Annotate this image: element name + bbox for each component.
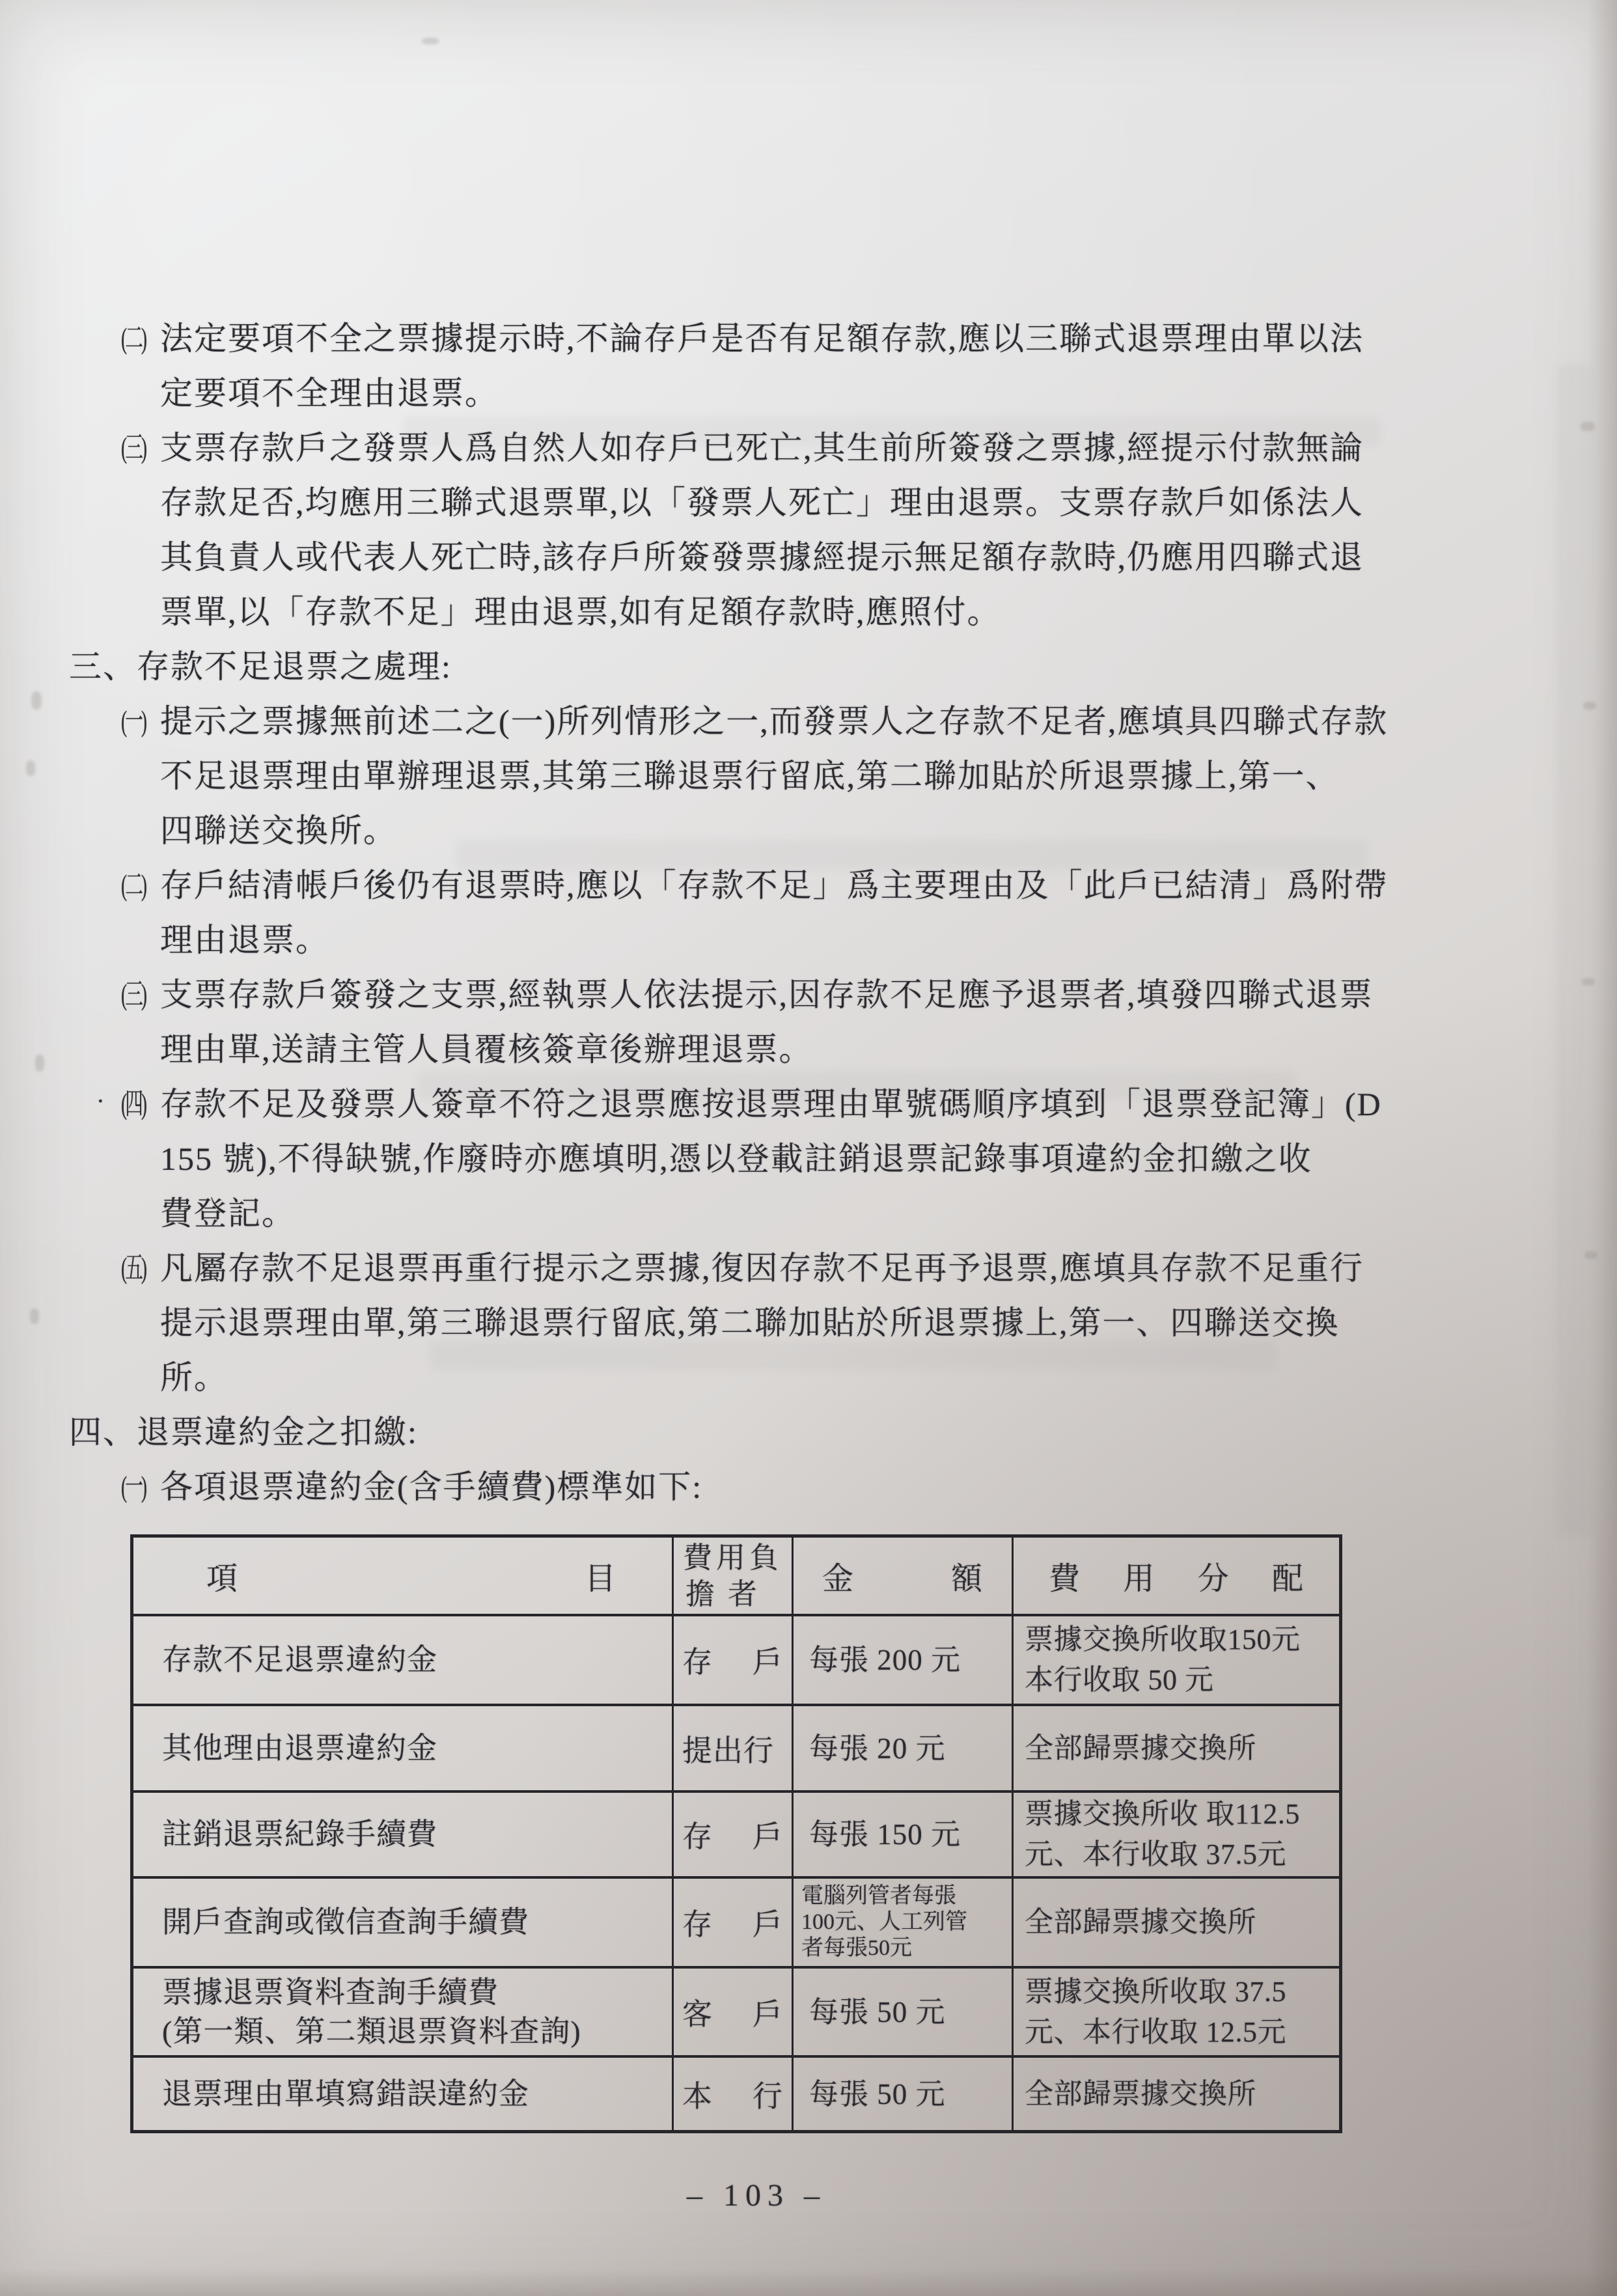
table-row-split: 票據交換所收取150元本行收取 50 元 — [1014, 1616, 1339, 1706]
text-line-content: 提示之票據無前述二之(一)所列情形之一,而發票人之存款不足者,應填具四聯式存款 — [160, 694, 1388, 749]
payer-char: 戶 — [753, 1991, 783, 2034]
header-item-column: 項 目 — [133, 1538, 674, 1616]
text-line: 理由退票。 — [0, 913, 1617, 967]
header-item-right: 目 — [585, 1553, 616, 1598]
text-line: 提示退票理由單,第三聯退票行留底,第二聯加貼於所退票據上,第一、四聯送交換 — [0, 1295, 1617, 1350]
table-row-item: 開戶查詢或徵信查詢手續費 — [133, 1879, 674, 1969]
list-marker: (五) — [121, 1241, 145, 1295]
header-payer-line2-left: 擔 — [685, 1576, 715, 1612]
split-line: 本行收取 50 元 — [1025, 1660, 1339, 1700]
section-heading: 三、存款不足退票之處理: — [0, 639, 1617, 694]
amount-line: 每張 200 元 — [809, 1642, 1012, 1678]
header-item-left: 項 — [206, 1553, 238, 1598]
item-line: 註銷退票紀錄手續費 — [162, 1815, 672, 1854]
payer-char: 客 — [682, 1991, 713, 2034]
text-line: 155 號),不得缺號,作廢時亦應填明,憑以登載註銷退票記錄事項違約金扣繳之收 — [0, 1131, 1617, 1186]
text-line: (一)提示之票據無前述二之(一)所列情形之一,而發票人之存款不足者,應填具四聯式… — [0, 694, 1617, 749]
text-line: 理由單,送請主管人員覆核簽章後辦理退票。 — [0, 1022, 1617, 1077]
text-line-content: 四聯送交換所。 — [160, 803, 397, 858]
table-row-item: 存款不足退票違約金 — [133, 1616, 674, 1706]
header-payer-column: 費用負 擔 者 — [674, 1538, 794, 1616]
item-line: 開戶查詢或徵信查詢手續費 — [162, 1903, 672, 1942]
stray-dot: · — [96, 1074, 106, 1129]
text-line-content: 各項退票違約金(含手續費)標準如下: — [160, 1459, 702, 1514]
text-line-content: 不足退票理由單辦理退票,其第三聯退票行留底,第二聯加貼於所退票據上,第一、 — [160, 749, 1340, 803]
section-heading: 四、退票違約金之扣繳: — [0, 1405, 1617, 1459]
table-row-amount: 每張 20 元 — [794, 1706, 1014, 1793]
payer-char: 戶 — [753, 1639, 783, 1681]
table-row-item: 退票理由單填寫錯誤違約金 — [133, 2058, 674, 2130]
text-line-content: 支票存款戶之發票人爲自然人如存戶已死亡,其生前所簽發之票據,經提示付款無論 — [160, 421, 1364, 475]
amount-line: 者每張50元 — [801, 1935, 1012, 1961]
fee-table: 項 目 費用負 擔 者 金 額 費 用 分 配 存款不足退票違約金 存戶 每 — [130, 1534, 1342, 2133]
text-line-content: 存戶結清帳戶後仍有退票時,應以「存款不足」爲主要理由及「此戶已結清」爲附帶 — [160, 858, 1389, 913]
scan-speck — [422, 38, 439, 44]
text-line: (五)凡屬存款不足退票再重行提示之票據,復因存款不足再予退票,應填具存款不足重行 — [0, 1241, 1617, 1295]
table-row-split: 全部歸票據交換所 — [1014, 1706, 1339, 1793]
header-amount-left: 金 — [822, 1553, 854, 1598]
item-line: 存款不足退票違約金 — [162, 1640, 672, 1680]
table-row-payer: 存戶 — [674, 1616, 794, 1706]
header-amount-right: 額 — [951, 1553, 983, 1598]
text-line: 票單,以「存款不足」理由退票,如有足額存款時,應照付。 — [0, 585, 1617, 639]
item-line: 退票理由單填寫錯誤違約金 — [162, 2075, 672, 2114]
list-marker: (三) — [121, 421, 145, 475]
list-marker: (四) — [121, 1077, 145, 1131]
text-line: 定要項不全理由退票。 — [0, 366, 1617, 421]
split-line: 元、本行收取 12.5元 — [1025, 2012, 1339, 2053]
header-split-char: 費 — [1049, 1553, 1081, 1598]
page-edge-shadow — [1587, 0, 1617, 2296]
text-line: 存款足否,均應用三聯式退票單,以「發票人死亡」理由退票。支票存款戶如係法人 — [0, 475, 1617, 530]
table-row-payer: 提出行 — [674, 1706, 794, 1793]
text-line: (三)支票存款戶之發票人爲自然人如存戶已死亡,其生前所簽發之票據,經提示付款無論 — [0, 421, 1617, 475]
text-line-content: 理由退票。 — [160, 913, 329, 967]
text-line: (二)存戶結清帳戶後仍有退票時,應以「存款不足」爲主要理由及「此戶已結清」爲附帶 — [0, 858, 1617, 913]
text-line-content: 提示退票理由單,第三聯退票行留底,第二聯加貼於所退票據上,第一、四聯送交換 — [160, 1295, 1340, 1350]
item-line: 其他理由退票違約金 — [162, 1729, 672, 1768]
amount-line: 100元、人工列管 — [801, 1909, 1012, 1935]
payer-char: 戶 — [753, 1901, 783, 1944]
item-line: (第一類、第二類退票資料查詢) — [162, 2012, 672, 2051]
split-line: 票據交換所收 取112.5 — [1025, 1794, 1339, 1834]
amount-line: 每張 150 元 — [809, 1817, 1012, 1852]
table-row-split: 全部歸票據交換所 — [1014, 1879, 1339, 1969]
item-line: 票據退票資料查詢手續費 — [162, 1973, 672, 2012]
list-marker: (三) — [121, 967, 145, 1022]
payer-char: 戶 — [753, 1813, 783, 1856]
table-row-split: 全部歸票據交換所 — [1014, 2058, 1339, 2130]
table-row-payer: 本行 — [674, 2058, 794, 2130]
text-line-content: 三、存款不足退票之處理: — [69, 639, 452, 694]
text-line-content: 票單,以「存款不足」理由退票,如有足額存款時,應照付。 — [160, 585, 1001, 639]
table-row-item: 其他理由退票違約金 — [133, 1706, 674, 1793]
list-marker: (一) — [121, 694, 145, 749]
table-row-amount: 每張 50 元 — [794, 2058, 1014, 2130]
header-split-column: 費 用 分 配 — [1014, 1538, 1339, 1616]
page-edge-shadow — [0, 2269, 1617, 2296]
text-line: ·(四)存款不足及發票人簽章不符之退票應按退票理由單號碼順序填到「退票登記簿」(… — [0, 1077, 1617, 1131]
table-row-payer: 客戶 — [674, 1969, 794, 2058]
split-line: 全部歸票據交換所 — [1025, 1902, 1339, 1943]
split-line: 全部歸票據交換所 — [1025, 2074, 1339, 2114]
text-line: 四聯送交換所。 — [0, 803, 1617, 858]
table-row-amount: 每張 200 元 — [794, 1616, 1014, 1706]
scanned-document-page: (二)法定要項不全之票據提示時,不論存戶是否有足額存款,應以三聯式退票理由單以法… — [0, 0, 1617, 2296]
header-payer-line1: 費用負 — [680, 1540, 785, 1576]
payer-char: 提出行 — [682, 1727, 774, 1770]
text-line-content: 支票存款戶簽發之支票,經執票人依法提示,因存款不足應予退票者,填發四聯式退票 — [160, 967, 1374, 1022]
amount-line: 電腦列管者每張 — [801, 1883, 1012, 1909]
split-line: 票據交換所收取 37.5 — [1025, 1972, 1339, 2012]
text-line-content: 凡屬存款不足退票再重行提示之票據,復因存款不足再予退票,應填具存款不足重行 — [160, 1241, 1364, 1295]
text-line: 其負責人或代表人死亡時,該存戶所簽發票據經提示無足額存款時,仍應用四聯式退 — [0, 530, 1617, 585]
payer-char: 存 — [682, 1813, 713, 1856]
amount-line: 每張 50 元 — [809, 1995, 1012, 2030]
header-amount-column: 金 額 — [794, 1538, 1014, 1616]
payer-char: 行 — [753, 2073, 783, 2116]
text-line-content: 所。 — [160, 1350, 228, 1405]
text-line: 所。 — [0, 1350, 1617, 1405]
table-row-split: 票據交換所收 取112.5元、本行收取 37.5元 — [1014, 1793, 1339, 1879]
split-line: 元、本行收取 37.5元 — [1025, 1834, 1339, 1875]
payer-char: 本 — [682, 2073, 713, 2116]
text-line: (三)支票存款戶簽發之支票,經執票人依法提示,因存款不足應予退票者,填發四聯式退… — [0, 967, 1617, 1022]
payer-char: 存 — [682, 1901, 713, 1944]
text-line-content: 四、退票違約金之扣繳: — [69, 1405, 418, 1459]
split-line: 票據交換所收取150元 — [1025, 1620, 1339, 1660]
list-marker: (二) — [121, 858, 145, 913]
list-marker: (一) — [121, 1459, 145, 1514]
payer-char: 存 — [682, 1639, 713, 1681]
header-split-char: 分 — [1198, 1553, 1230, 1598]
text-line-content: 存款不足及發票人簽章不符之退票應按退票理由單號碼順序填到「退票登記簿」(D — [160, 1077, 1382, 1131]
text-line: 費登記。 — [0, 1186, 1617, 1241]
amount-line: 每張 50 元 — [809, 2077, 1012, 2112]
text-line-content: 理由單,送請主管人員覆核簽章後辦理退票。 — [160, 1022, 813, 1077]
table-row-item: 票據退票資料查詢手續費(第一類、第二類退票資料查詢) — [133, 1969, 674, 2058]
text-line-content: 定要項不全理由退票。 — [160, 366, 499, 421]
amount-line: 每張 20 元 — [809, 1731, 1012, 1766]
header-split-char: 用 — [1123, 1553, 1155, 1598]
table-row-amount: 電腦列管者每張100元、人工列管者每張50元 — [794, 1879, 1014, 1969]
text-line-content: 法定要項不全之票據提示時,不論存戶是否有足額存款,應以三聯式退票理由單以法 — [160, 311, 1364, 366]
text-line-content: 其負責人或代表人死亡時,該存戶所簽發票據經提示無足額存款時,仍應用四聯式退 — [160, 530, 1364, 585]
page-number: – 103 – — [0, 2173, 1565, 2219]
table-row-payer: 存戶 — [674, 1793, 794, 1879]
table-row-amount: 每張 150 元 — [794, 1793, 1014, 1879]
header-payer-line2: 擔 者 — [680, 1576, 785, 1612]
text-line-content: 存款足否,均應用三聯式退票單,以「發票人死亡」理由退票。支票存款戶如係法人 — [160, 475, 1364, 530]
table-row-item: 註銷退票紀錄手續費 — [133, 1793, 674, 1879]
split-line: 全部歸票據交換所 — [1025, 1728, 1339, 1769]
text-line-content: 費登記。 — [160, 1186, 296, 1241]
table-row-payer: 存戶 — [674, 1879, 794, 1969]
text-line: 不足退票理由單辦理退票,其第三聯退票行留底,第二聯加貼於所退票據上,第一、 — [0, 749, 1617, 803]
header-split-char: 配 — [1272, 1553, 1304, 1598]
text-line: (一)各項退票違約金(含手續費)標準如下: — [0, 1459, 1617, 1514]
text-line-content: 155 號),不得缺號,作廢時亦應填明,憑以登載註銷退票記錄事項違約金扣繳之收 — [160, 1131, 1312, 1186]
table-row-split: 票據交換所收取 37.5元、本行收取 12.5元 — [1014, 1969, 1339, 2058]
table-row-amount: 每張 50 元 — [794, 1969, 1014, 2058]
list-marker: (二) — [121, 311, 145, 366]
text-line: (二)法定要項不全之票據提示時,不論存戶是否有足額存款,應以三聯式退票理由單以法 — [0, 311, 1617, 366]
header-payer-line2-right: 者 — [728, 1576, 758, 1612]
